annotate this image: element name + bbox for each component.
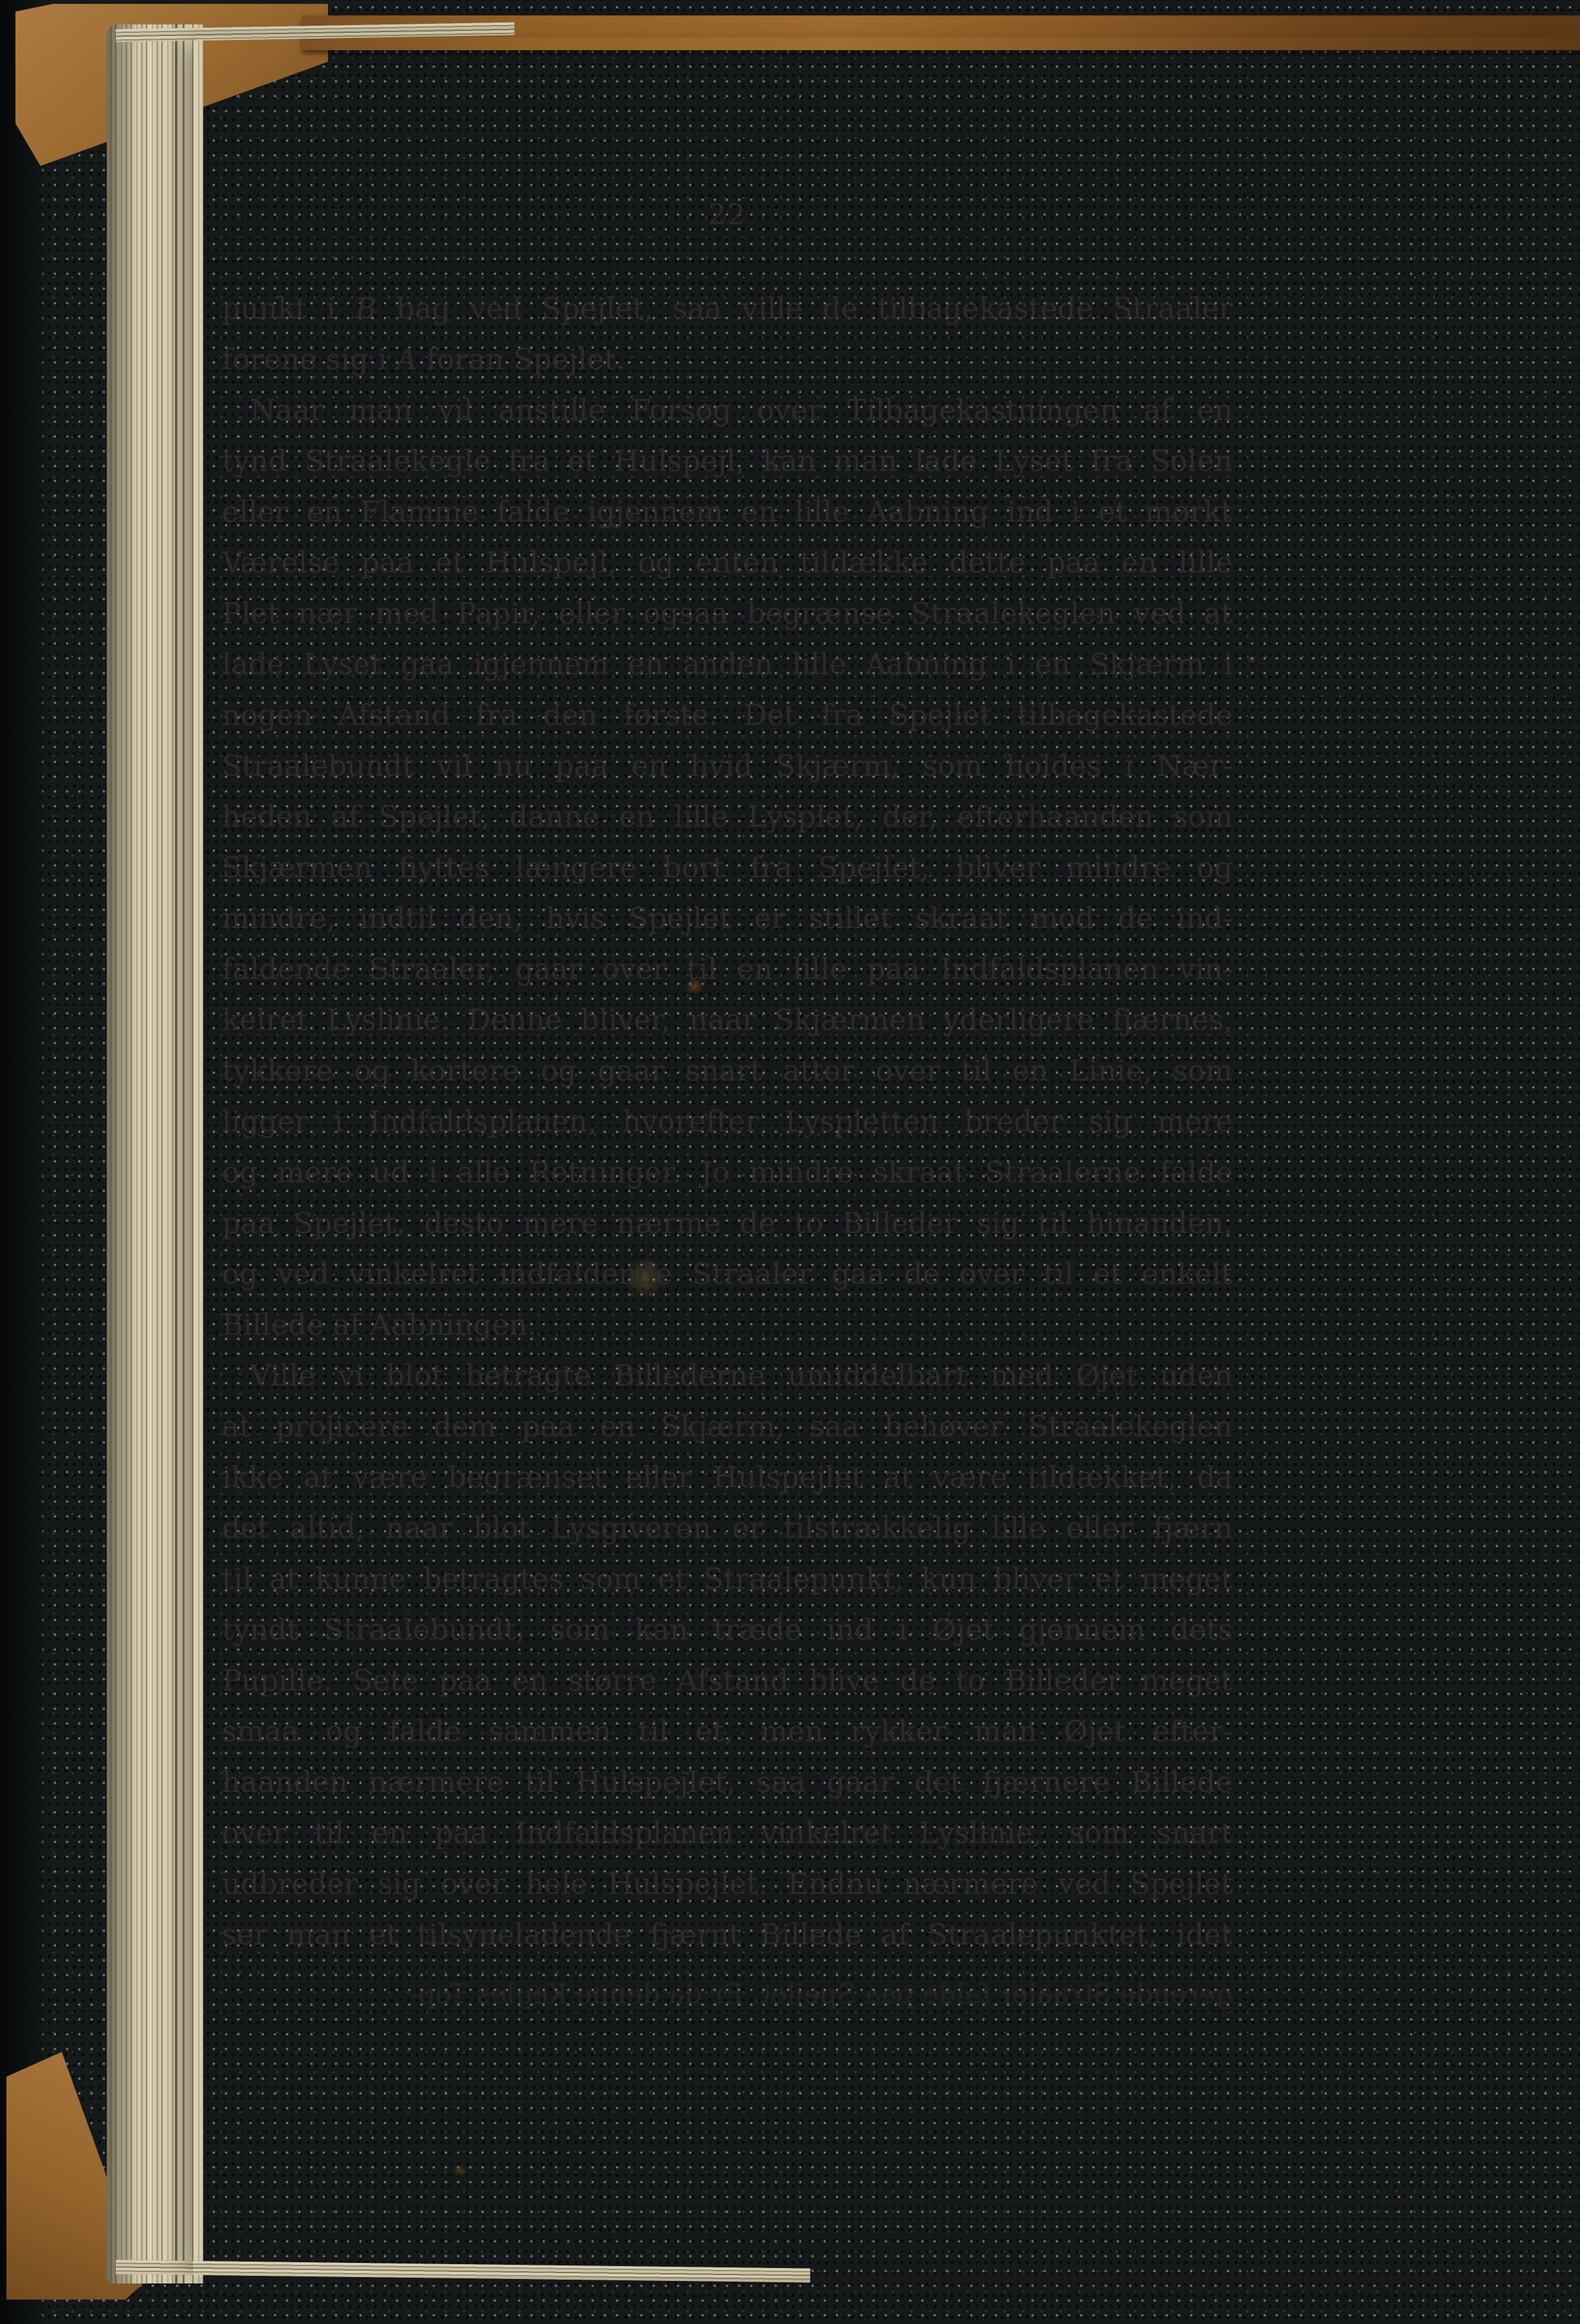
text-segment: punkt i bbox=[222, 291, 355, 325]
foxing-stain bbox=[453, 2164, 467, 2177]
text-line: ikke at være begrænset eller Hulspejlet … bbox=[222, 1452, 1233, 1503]
text-line: faldende Straaler, gaar over til en lill… bbox=[222, 944, 1233, 994]
text-segment: Naar man vil anstille Forsøg over Tilbag… bbox=[250, 393, 1233, 427]
text-line: og ved vinkelret indfaldende Straaler ga… bbox=[222, 1249, 1233, 1299]
text-segment: kelret Lyslinie. Denne bliver, naar Skjæ… bbox=[222, 1003, 1233, 1037]
page-number: 22 bbox=[222, 193, 1233, 238]
text-line: at projicere dem paa en Skjærm, saa behø… bbox=[222, 1401, 1233, 1452]
text-line: til at kunne betragtes som et Straalepun… bbox=[222, 1553, 1233, 1604]
spine-shadow bbox=[0, 0, 50, 2324]
text-segment: til at kunne betragtes som et Straalepun… bbox=[222, 1562, 1233, 1596]
text-line: mindre, indtil den, hvis Spejlet er stil… bbox=[222, 893, 1233, 944]
text-segment: udbreder sig over hele Hulspejlet. Endnu… bbox=[222, 1867, 1233, 1901]
text-segment: A bbox=[396, 342, 417, 376]
text-segment: foran Spejlet. bbox=[417, 342, 625, 376]
text-line: det altid, naar blot Lysgiveren er tilst… bbox=[222, 1503, 1233, 1553]
text-line: ser man et tilsyneladende fjærnt Billede… bbox=[222, 1909, 1233, 1960]
text-line: smaa og falde sammen til et, men rykker … bbox=[222, 1706, 1233, 1757]
text-segment: Pupille. Sete paa en større Afstand bliv… bbox=[222, 1663, 1233, 1697]
text-line: paa Spejlet, desto mere nærme de to Bill… bbox=[222, 1198, 1233, 1249]
text-segment: lade Lyset gaa igjennem en anden lille A… bbox=[222, 647, 1233, 681]
text-segment: Ville vi blot betragte Billederne umidde… bbox=[250, 1359, 1233, 1393]
text-line: Skjærmen fiyttes længere bort fra Spejle… bbox=[222, 842, 1233, 893]
text-segment: bag ved Spejlet, saa ville de tilbagekas… bbox=[376, 291, 1233, 325]
text-segment: over til en paa Indfaldsplanen vinkelret… bbox=[222, 1816, 1233, 1850]
text-line: heden af Spejlet, danne en lille Lysplet… bbox=[222, 791, 1233, 842]
text-line: Naar man vil anstille Forsøg over Tilbag… bbox=[222, 385, 1233, 435]
text-line: Straalebundt vil nu paa en hvid Skjærm, … bbox=[222, 740, 1233, 791]
text-segment: det altid, naar blot Lysgiveren er tilst… bbox=[222, 1511, 1233, 1545]
text-line: ligger i Indfaldsplanen, hvorefter Lyspl… bbox=[222, 1096, 1233, 1147]
text-segment: haanden nærmere til Hulspejlet, saa gaar… bbox=[222, 1765, 1233, 1799]
text-segment: at projicere dem paa en Skjærm, saa behø… bbox=[222, 1409, 1233, 1443]
text-line: udbreder sig over hele Hulspejlet. Endnu… bbox=[222, 1858, 1233, 1909]
text-segment: ikke at være begrænset eller Hulspejlet … bbox=[222, 1460, 1233, 1494]
text-segment: og mere ud i alle Retninger. Jo mindre s… bbox=[222, 1155, 1233, 1189]
text-line: over til en paa Indfaldsplanen vinkelret… bbox=[222, 1807, 1233, 1858]
text-segment: paa Spejlet, desto mere nærme de to Bill… bbox=[222, 1206, 1233, 1240]
text-line: nogen Afstand fra den første. Det fra Sp… bbox=[222, 690, 1233, 740]
text-line: og mere ud i alle Retninger. Jo mindre s… bbox=[222, 1147, 1233, 1198]
text-segment: og ved vinkelret indfaldende Straaler ga… bbox=[222, 1257, 1233, 1291]
text-segment: heden af Spejlet, danne en lille Lysplet… bbox=[222, 800, 1233, 834]
text-line: forene sig i A foran Spejlet. bbox=[222, 334, 1233, 385]
text-line: Pupille. Sete paa en større Afstand bliv… bbox=[222, 1655, 1233, 1706]
text-line: tykkere og kortere og gaar snart atter o… bbox=[222, 1045, 1233, 1096]
text-segment: B bbox=[355, 291, 376, 325]
text-segment: nogen Afstand fra den første. Det fra Sp… bbox=[222, 698, 1233, 732]
text-block: punkt i B bag ved Spejlet, saa ville de … bbox=[222, 283, 1233, 1960]
text-line: haanden nærmere til Hulspejlet, saa gaar… bbox=[222, 1757, 1233, 1807]
text-segment: forene sig i bbox=[222, 342, 396, 376]
book-photo: 22 punkt i B bag ved Spejlet, saa ville … bbox=[0, 0, 1580, 2324]
text-segment: Straalebundt vil nu paa en hvid Skjærm, … bbox=[222, 749, 1233, 783]
foxing-stain bbox=[1246, 655, 1257, 664]
text-segment: mindre, indtil den, hvis Spejlet er stil… bbox=[222, 901, 1233, 935]
text-segment: tynd Straalekegle fra et Hulspejl, kan m… bbox=[222, 444, 1233, 478]
text-segment: smaa og falde sammen til et, men rykker … bbox=[222, 1714, 1233, 1748]
text-segment: Værelse paa et Hulspejl, og enten tildæk… bbox=[222, 545, 1233, 580]
text-segment: ligger i Indfaldsplanen, hvorefter Lyspl… bbox=[222, 1104, 1233, 1139]
text-segment: ser man et tilsyneladende fjærnt Billede… bbox=[222, 1917, 1233, 1952]
text-line: lade Lyset gaa igjennem en anden lille A… bbox=[222, 639, 1233, 690]
text-line: Billede af Aabningen. bbox=[222, 1299, 1233, 1350]
text-line: kelret Lyslinie. Denne bliver, naar Skjæ… bbox=[222, 994, 1233, 1045]
text-line: Ville vi blot betragte Billederne umidde… bbox=[222, 1350, 1233, 1401]
text-segment: tykkere og kortere og gaar snart atter o… bbox=[222, 1054, 1233, 1088]
text-segment: Billede af Aabningen. bbox=[222, 1308, 537, 1342]
text-segment: Skjærmen fiyttes længere bort fra Spejle… bbox=[222, 850, 1233, 884]
text-segment: tyndt Straalebundt, som kan træde ind i … bbox=[222, 1613, 1233, 1647]
text-line: Plet nær med Papir, eller ogsaa begrænse… bbox=[222, 588, 1233, 639]
text-line: tynd Straalekegle fra et Hulspejl, kan m… bbox=[222, 435, 1233, 486]
text-segment: faldende Straaler, gaar over til en lill… bbox=[222, 952, 1233, 986]
text-line: punkt i B bag ved Spejlet, saa ville de … bbox=[222, 283, 1233, 334]
text-line: eller en Flamme falde igjennem en lille … bbox=[222, 486, 1233, 537]
text-segment: Plet nær med Papir, eller ogsaa begrænse… bbox=[222, 596, 1233, 630]
show-through-ghost-text: gerende Straaler falde paa Spejlet. Er d… bbox=[222, 1972, 1233, 2017]
text-line: tyndt Straalebundt, som kan træde ind i … bbox=[222, 1604, 1233, 1655]
text-segment: eller en Flamme falde igjennem en lille … bbox=[222, 495, 1233, 529]
page-edge-stack bbox=[107, 24, 203, 2283]
text-line: Værelse paa et Hulspejl, og enten tildæk… bbox=[222, 537, 1233, 588]
